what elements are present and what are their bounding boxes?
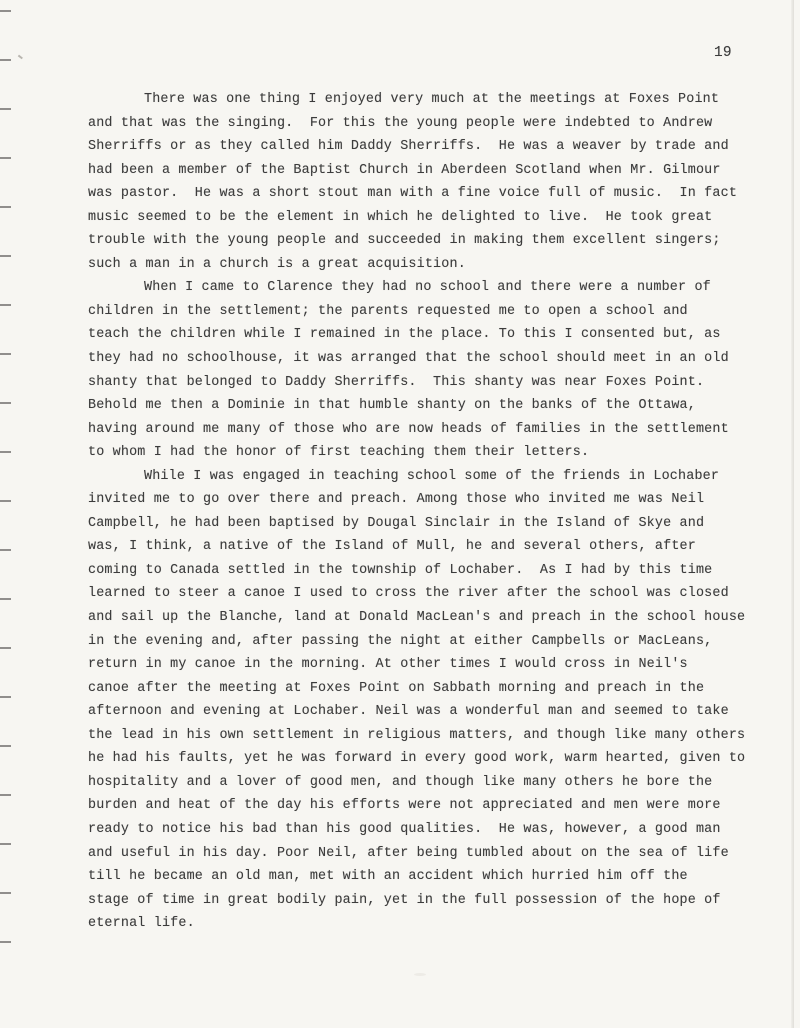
- left-edge-tick-marks: [0, 10, 11, 952]
- document-body: There was one thing I enjoyed very much …: [88, 88, 764, 936]
- page-number: 19: [714, 45, 732, 61]
- paragraph-school-in-clarence: When I came to Clarence they had no scho…: [88, 276, 764, 464]
- scan-right-edge: [791, 0, 794, 1028]
- paragraph-singing-at-foxes-point: There was one thing I enjoyed very much …: [88, 88, 764, 276]
- scan-artifact: [414, 973, 426, 976]
- scan-artifact: [18, 55, 23, 59]
- scanned-document-page: 19 There was one thing I enjoyed very mu…: [0, 0, 800, 1028]
- paragraph-preaching-in-lochaber: While I was engaged in teaching school s…: [88, 465, 764, 936]
